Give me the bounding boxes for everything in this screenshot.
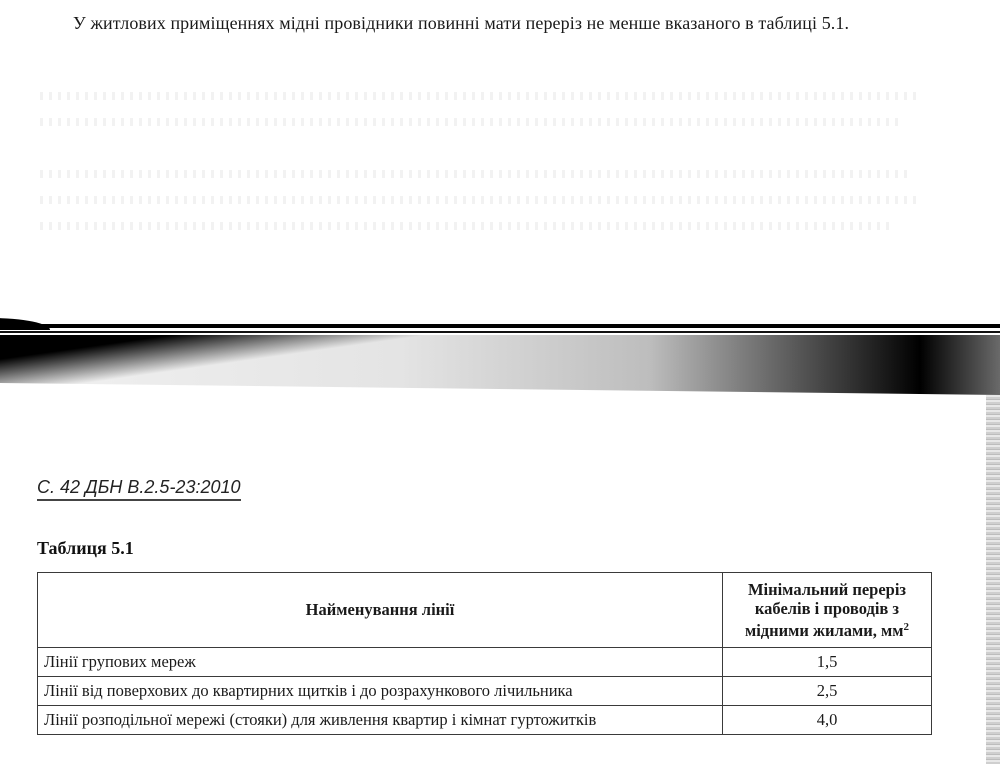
table-row: Лінії розподільної мережі (стояки) для ж… — [38, 706, 932, 735]
scan-shadow-band — [0, 335, 1000, 395]
divider-line — [0, 331, 1000, 333]
cell-line-name: Лінії групових мереж — [38, 648, 723, 677]
cell-value: 4,0 — [723, 706, 932, 735]
bleed-through-text — [40, 92, 920, 100]
superscript: 2 — [904, 621, 910, 633]
min-cross-section-table: Найменування лінії Мінімальний переріз к… — [37, 572, 932, 735]
cell-value: 1,5 — [723, 648, 932, 677]
divider-line — [0, 324, 1000, 328]
bleed-through-text — [40, 222, 890, 230]
page-scan-divider — [0, 300, 1000, 400]
header-line-name: Найменування лінії — [38, 573, 723, 648]
header-min-cross-section-text: Мінімальний переріз кабелів і проводів з… — [745, 580, 906, 640]
bleed-through-text — [40, 196, 920, 204]
intro-paragraph: У житлових приміщеннях мідні провідники … — [37, 12, 937, 35]
cell-line-name: Лінії від поверхових до квартирних щиткі… — [38, 677, 723, 706]
header-min-cross-section: Мінімальний переріз кабелів і проводів з… — [723, 573, 932, 648]
page-edge-strip — [986, 395, 1000, 764]
table-header-row: Найменування лінії Мінімальний переріз к… — [38, 573, 932, 648]
bleed-through-text — [40, 170, 910, 178]
table-row: Лінії від поверхових до квартирних щиткі… — [38, 677, 932, 706]
table-title: Таблиця 5.1 — [37, 538, 134, 559]
table-row: Лінії групових мереж 1,5 — [38, 648, 932, 677]
cell-value: 2,5 — [723, 677, 932, 706]
page-reference: С. 42 ДБН В.2.5-23:2010 — [37, 477, 241, 501]
cell-line-name: Лінії розподільної мережі (стояки) для ж… — [38, 706, 723, 735]
bleed-through-text — [40, 118, 900, 126]
intro-text: У житлових приміщеннях мідні провідники … — [73, 13, 849, 33]
